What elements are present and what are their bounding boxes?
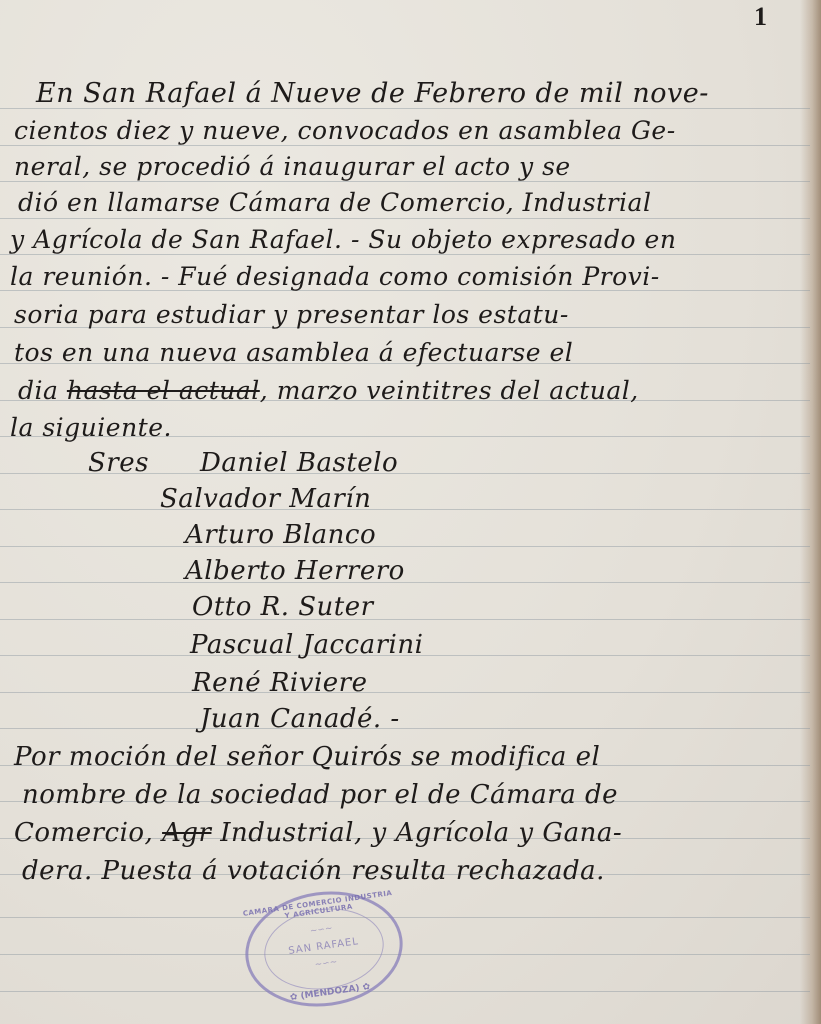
text-line: soria para estudiar y presentar los esta… <box>14 300 569 329</box>
ruled-line <box>0 509 810 510</box>
struck-text: hasta el actual <box>67 376 260 405</box>
text-line: Por moción del señor Quirós se modifica … <box>14 742 600 772</box>
ruled-line <box>0 917 810 918</box>
ruled-line <box>0 145 810 146</box>
ruled-line <box>0 254 810 255</box>
member-name: Alberto Herrero <box>185 556 405 586</box>
page-number: 1 <box>754 2 767 32</box>
ruled-line <box>0 692 810 693</box>
salutation: Sres <box>88 448 149 478</box>
member-name: Juan Canadé. - <box>200 704 400 734</box>
text-fragment: , marzo veintitres del actual, <box>260 376 639 405</box>
ruled-line <box>0 181 810 182</box>
ruled-line <box>0 619 810 620</box>
struck-text: Agr <box>162 818 211 848</box>
ruled-line <box>0 582 810 583</box>
text-line: dera. Puesta á votación resulta rechazad… <box>22 856 605 886</box>
ruled-line <box>0 954 810 955</box>
text-fragment: Industrial, y Agrícola y Gana- <box>220 818 622 848</box>
text-fragment: dia <box>18 376 58 405</box>
text-line: nombre de la sociedad por el de Cámara d… <box>22 780 618 810</box>
text-line: neral, se procedió á inaugurar el acto y… <box>14 152 571 181</box>
member-name: Otto R. Suter <box>192 592 374 622</box>
member-name: Daniel Bastelo <box>200 448 398 478</box>
rubber-stamp: CAMARA DE COMERCIO INDUSTRIA Y AGRICULTU… <box>238 882 410 1017</box>
ruled-line <box>0 546 810 547</box>
ruled-line <box>0 991 810 992</box>
text-line: y Agrícola de San Rafael. - Su objeto ex… <box>10 225 676 254</box>
text-line: Comercio, Agr Industrial, y Agrícola y G… <box>14 818 622 848</box>
ruled-line <box>0 728 810 729</box>
member-name: Salvador Marín <box>160 484 371 514</box>
member-name: René Riviere <box>192 668 367 698</box>
text-fragment: Comercio, <box>14 818 153 848</box>
member-name: Arturo Blanco <box>185 520 376 550</box>
ledger-page: 1 En San Rafael á Nueve de Febrero de mi… <box>0 0 821 1024</box>
text-line: la reunión. - Fué designada como comisió… <box>10 262 660 291</box>
text-line: tos en una nueva asamblea á efectuarse e… <box>14 338 573 367</box>
text-line: En San Rafael á Nueve de Febrero de mil … <box>36 78 709 109</box>
text-line: dia hasta el actual, marzo veintitres de… <box>18 376 639 405</box>
text-line: dió en llamarse Cámara de Comercio, Indu… <box>18 188 651 217</box>
ruled-line <box>0 218 810 219</box>
text-line: cientos diez y nueve, convocados en asam… <box>14 116 676 145</box>
text-line: la siguiente. <box>10 413 172 442</box>
member-name: Pascual Jaccarini <box>190 630 423 660</box>
